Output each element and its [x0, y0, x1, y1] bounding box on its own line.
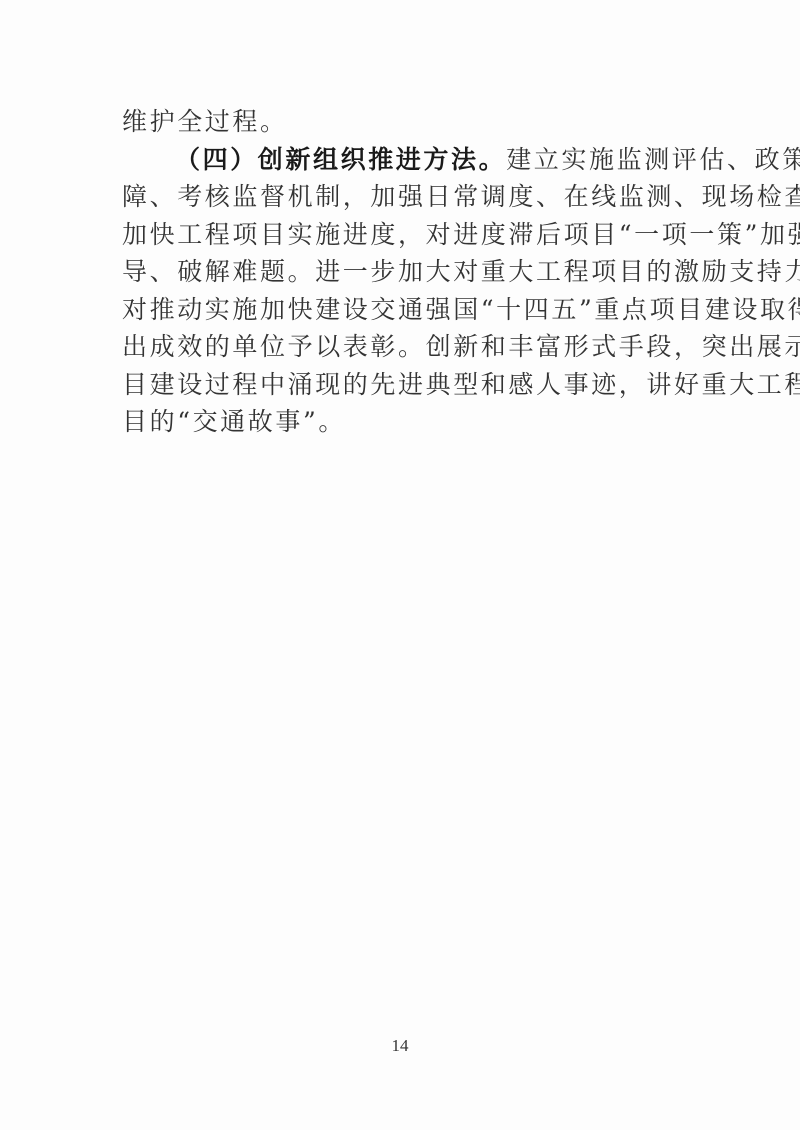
text-run: 建立实施监测评估、政策保	[506, 145, 800, 174]
text-line: 加快工程项目实施进度，对进度滞后项目“一项一策”加强督	[122, 216, 682, 254]
section-heading: （四）创新组织推进方法。	[175, 145, 506, 174]
body-text: 维护全过程。 （四）创新组织推进方法。建立实施监测评估、政策保 障、考核监督机制…	[122, 103, 682, 441]
text-line: 目的“交通故事”。	[122, 403, 682, 441]
text-line: 障、考核监督机制，加强日常调度、在线监测、现场检查，	[122, 178, 682, 216]
text-line: 导、破解难题。进一步加大对重大工程项目的激励支持力度，	[122, 253, 682, 291]
text-line: 维护全过程。	[122, 103, 682, 141]
text-line: 对推动实施加快建设交通强国“十四五”重点项目建设取得突	[122, 291, 682, 329]
section-heading-line: （四）创新组织推进方法。建立实施监测评估、政策保	[122, 141, 682, 179]
text-line: 出成效的单位予以表彰。创新和丰富形式手段，突出展示项	[122, 328, 682, 366]
text-line: 目建设过程中涌现的先进典型和感人事迹，讲好重大工程项	[122, 366, 682, 404]
document-page: 维护全过程。 （四）创新组织推进方法。建立实施监测评估、政策保 障、考核监督机制…	[0, 0, 800, 1130]
page-number: 14	[0, 1036, 800, 1056]
